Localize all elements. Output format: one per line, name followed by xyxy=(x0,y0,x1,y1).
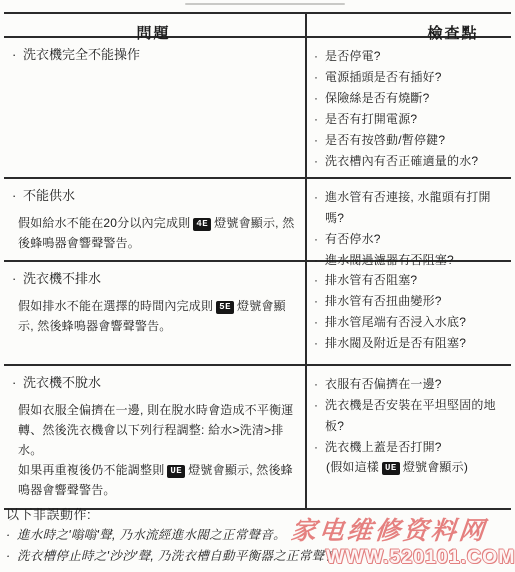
bullet-icon: · xyxy=(12,46,23,63)
bullet-icon: · xyxy=(314,46,325,67)
problem-note-line: 如果再重複後仍不能調整則UE燈號會顯示, 然後蜂鳴器會響聲警告。 xyxy=(18,460,295,500)
problem-title: · 洗衣機不脫水 xyxy=(12,374,295,391)
problem-cell: · 洗衣機不排水 假如排水不能在選擇的時間內完成則5E燈號會顯示, 然後蜂鳴器會… xyxy=(4,262,307,364)
bullet-icon: · xyxy=(314,437,325,458)
check-note-text: (假如這樣 xyxy=(326,460,379,474)
check-item-text: 排水管有否阻塞? xyxy=(325,270,417,291)
check-item-text: 是否有打開電源? xyxy=(325,109,417,130)
check-item: · 洗衣槽內有否正確適量的水? xyxy=(314,151,509,172)
check-item-text: 排水管有否扭曲變形? xyxy=(325,291,442,312)
problem-title-text: 洗衣機不排水 xyxy=(23,270,101,287)
table-row-no-drain: · 洗衣機不排水 假如排水不能在選擇的時間內完成則5E燈號會顯示, 然後蜂鳴器會… xyxy=(4,262,511,366)
check-item-note: (假如這樣UE燈號會顯示) xyxy=(314,458,509,477)
error-code-badge: 4E xyxy=(193,218,211,231)
bullet-icon: · xyxy=(314,109,325,130)
check-item: · 排水管有否阻塞? xyxy=(314,270,509,291)
bullet-icon: · xyxy=(314,374,325,395)
check-item-text: 洗衣機是否安裝在平坦堅固的地板? xyxy=(325,395,509,437)
check-item: · 洗衣機上蓋是否打開? xyxy=(314,437,509,458)
note-text: 假如排水不能在選擇的時間內完成則 xyxy=(18,299,213,313)
bullet-icon: · xyxy=(314,67,325,88)
problem-title: · 洗衣機完全不能操作 xyxy=(12,46,295,63)
check-item: · 是否有按啓動/暫停鍵? xyxy=(314,130,509,151)
bullet-icon: · xyxy=(314,151,325,172)
error-code-badge: UE xyxy=(382,462,400,475)
watermark-site-url: WWW.520101.COM xyxy=(326,546,515,569)
bullet-icon: · xyxy=(314,333,325,354)
check-item-text: 排水管尾端有否浸入水底? xyxy=(325,312,466,333)
scan-artifact xyxy=(185,3,345,5)
check-list: · 衣服有否偏擠在一邊? · 洗衣機是否安裝在平坦堅固的地板? · 洗衣機上蓋是… xyxy=(307,366,511,508)
footer-note-text: 進水時之'嗡嗡'聲, 乃水流經進水閥之正常聲音。 xyxy=(17,525,286,546)
check-list: · 排水管有否阻塞? · 排水管有否扭曲變形? · 排水管尾端有否浸入水底? ·… xyxy=(307,262,511,364)
check-item-text: 是否有按啓動/暫停鍵? xyxy=(325,130,445,151)
check-item-text: 保險絲是否有燒斷? xyxy=(325,88,429,109)
bullet-icon: · xyxy=(314,291,325,312)
check-item: · 排水管有否扭曲變形? xyxy=(314,291,509,312)
problem-cell: · 洗衣機完全不能操作 xyxy=(4,38,307,178)
bullet-icon: · xyxy=(12,374,23,391)
problem-note: 假如衣服全偏擠在一邊, 則在脫水時會造成不平衡運轉、然後洗衣機會以下列行程調整:… xyxy=(18,400,295,500)
error-code-badge: UE xyxy=(167,465,185,478)
check-item: · 是否停電? xyxy=(314,46,509,67)
table-header-row: 問題 檢查點 xyxy=(4,14,511,38)
problem-note: 假如給水不能在20分以內完成則4E燈號會顯示, 然後蜂鳴器會響聲警告。 xyxy=(18,213,295,253)
problem-title-text: 不能供水 xyxy=(23,187,75,204)
check-item-text: 洗衣槽內有否正確適量的水? xyxy=(325,151,478,172)
check-item: · 排水閥及附近是否有阻塞? xyxy=(314,333,509,354)
check-item-text: 排水閥及附近是否有阻塞? xyxy=(325,333,466,354)
bullet-icon: · xyxy=(314,88,325,109)
check-item-text: 是否停電? xyxy=(325,46,381,67)
bullet-icon: · xyxy=(314,312,325,333)
check-item: · 電源插頭是否有插好? xyxy=(314,67,509,88)
note-text: 假如給水不能在20分以內完成則 xyxy=(18,216,190,230)
bullet-icon: · xyxy=(314,229,325,250)
footer-note-text: 洗衣槽停止時之'沙沙'聲, 乃洗衣槽自動平衡器之正常聲音。 xyxy=(17,546,350,567)
check-item-text: 進水管有否連接, 水龍頭有打開嗎? xyxy=(325,187,509,229)
bullet-icon: · xyxy=(314,130,325,151)
manual-page: 問題 檢查點 · 洗衣機完全不能操作 · 是否停電? · xyxy=(0,0,515,572)
bullet-icon: · xyxy=(314,395,325,437)
watermark-site-name: 家电维修资料网 xyxy=(290,518,515,544)
check-item: · 進水管有否連接, 水龍頭有打開嗎? xyxy=(314,187,509,229)
check-item: · 排水管尾端有否浸入水底? xyxy=(314,312,509,333)
table-row-no-spin: · 洗衣機不脫水 假如衣服全偏擠在一邊, 則在脫水時會造成不平衡運轉、然後洗衣機… xyxy=(4,366,511,510)
problem-title-text: 洗衣機不脫水 xyxy=(23,374,101,391)
problem-note: 假如排水不能在選擇的時間內完成則5E燈號會顯示, 然後蜂鳴器會響聲警告。 xyxy=(18,296,295,336)
bullet-icon: · xyxy=(6,546,17,567)
check-list: · 是否停電? · 電源插頭是否有插好? · 保險絲是否有燒斷? · 是否有打開… xyxy=(307,38,511,178)
bullet-icon: · xyxy=(314,187,325,229)
problem-title-text: 洗衣機完全不能操作 xyxy=(23,46,140,63)
check-item: · 是否有打開電源? xyxy=(314,109,509,130)
check-item: · 洗衣機是否安裝在平坦堅固的地板? xyxy=(314,395,509,437)
check-note-text: 燈號會顯示) xyxy=(403,460,468,474)
check-item: · 有否停水? xyxy=(314,229,509,250)
note-text: 假如衣服全偏擠在一邊, 則在脫水時會造成不平衡運轉、然後洗衣機會以下列行程調整:… xyxy=(18,400,295,460)
table-row-no-operation: · 洗衣機完全不能操作 · 是否停電? · 電源插頭是否有插好? · 保險絲是否… xyxy=(4,38,511,179)
check-item-text: 電源插頭是否有插好? xyxy=(325,67,442,88)
table-row-no-supply: · 不能供水 假如給水不能在20分以內完成則4E燈號會顯示, 然後蜂鳴器會響聲警… xyxy=(4,179,511,262)
bullet-icon: · xyxy=(6,525,17,546)
check-item: · 保險絲是否有燒斷? xyxy=(314,88,509,109)
error-code-badge: 5E xyxy=(216,301,234,314)
note-text: 如果再重複後仍不能調整則 xyxy=(18,463,164,477)
check-item: · 衣服有否偏擠在一邊? xyxy=(314,374,509,395)
bullet-icon: · xyxy=(12,270,23,287)
problem-title: · 洗衣機不排水 xyxy=(12,270,295,287)
check-item-text: 洗衣機上蓋是否打開? xyxy=(325,437,442,458)
bullet-icon: · xyxy=(12,187,23,204)
problem-title: · 不能供水 xyxy=(12,187,295,204)
problem-cell: · 洗衣機不脫水 假如衣服全偏擠在一邊, 則在脫水時會造成不平衡運轉、然後洗衣機… xyxy=(4,366,307,508)
check-item-text: 有否停水? xyxy=(325,229,381,250)
bullet-icon: · xyxy=(314,270,325,291)
troubleshooting-table: 問題 檢查點 · 洗衣機完全不能操作 · 是否停電? · xyxy=(4,12,511,510)
check-item-text: 衣服有否偏擠在一邊? xyxy=(325,374,442,395)
